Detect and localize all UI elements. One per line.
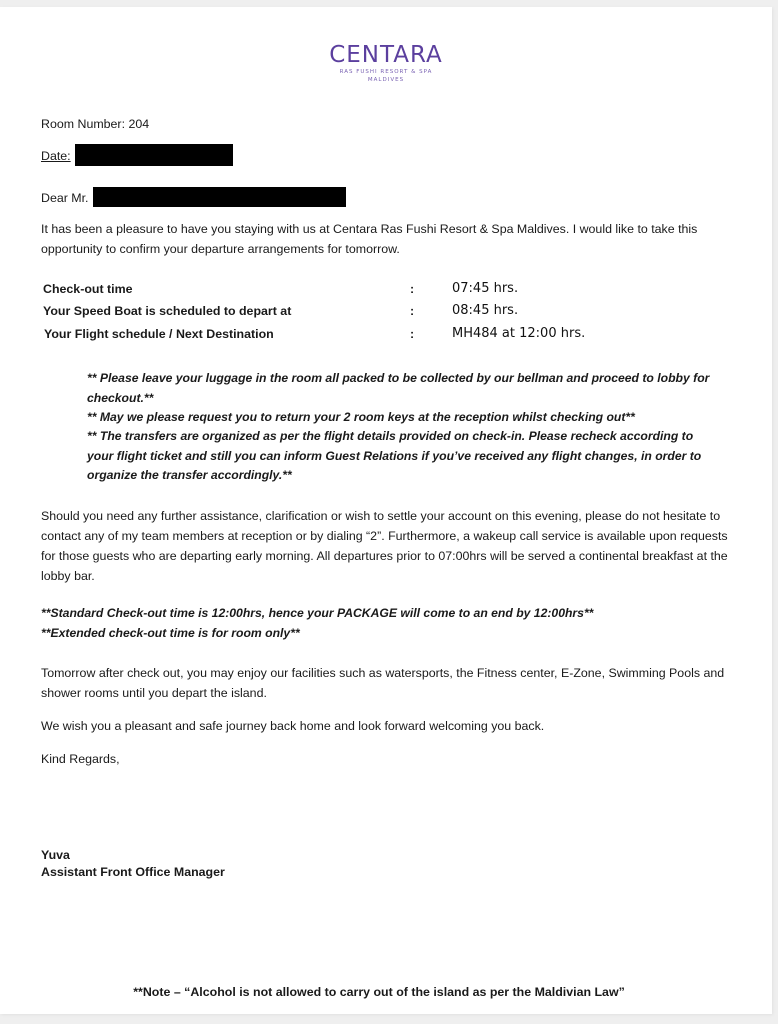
note-luggage: ** Please leave your luggage in the room… (87, 369, 712, 408)
schedule-sep: : (410, 282, 414, 296)
schedule-label-flight: Your Flight schedule / Next Destination (44, 327, 274, 341)
signature-title: Assistant Front Office Manager (41, 864, 225, 881)
assistance-paragraph: Should you need any further assistance, … (41, 506, 731, 586)
centara-logo: CENTARA RAS FUSHI RESORT & SPA MALDIVES (0, 42, 772, 84)
schedule-sep: : (410, 304, 414, 318)
note-transfers: ** The transfers are organized as per th… (87, 427, 712, 486)
farewell-paragraph: We wish you a pleasant and safe journey … (41, 716, 544, 736)
schedule-value-checkout: 07:45 hrs. (452, 281, 518, 296)
logo-subtitle-1: RAS FUSHI RESORT & SPA (0, 68, 772, 76)
facilities-paragraph: Tomorrow after check out, you may enjoy … (41, 663, 741, 703)
schedule-label-checkout: Check-out time (43, 282, 133, 296)
date-label: Date: (41, 146, 71, 166)
intro-paragraph: It has been a pleasure to have you stayi… (41, 219, 731, 259)
policy-extended-checkout: **Extended check-out time is for room on… (41, 623, 300, 643)
schedule-sep: : (410, 327, 414, 341)
policy-standard-checkout: **Standard Check-out time is 12:00hrs, h… (41, 603, 593, 623)
logo-brand: CENTARA (0, 42, 772, 68)
note-room-keys: ** May we please request you to return y… (87, 408, 712, 428)
salutation: Dear Mr. (41, 188, 89, 208)
redacted-date (75, 144, 233, 166)
schedule-label-speedboat: Your Speed Boat is scheduled to depart a… (43, 304, 291, 318)
redacted-guest-name (93, 187, 346, 207)
closing: Kind Regards, (41, 749, 120, 769)
logo-subtitle-2: MALDIVES (0, 76, 772, 84)
signature-name: Yuva (41, 847, 70, 864)
room-number: Room Number: 204 (41, 114, 149, 134)
alcohol-note: **Note – “Alcohol is not allowed to carr… (0, 985, 758, 999)
schedule-value-speedboat: 08:45 hrs. (452, 303, 518, 318)
schedule-value-flight: MH484 at 12:00 hrs. (452, 326, 585, 341)
